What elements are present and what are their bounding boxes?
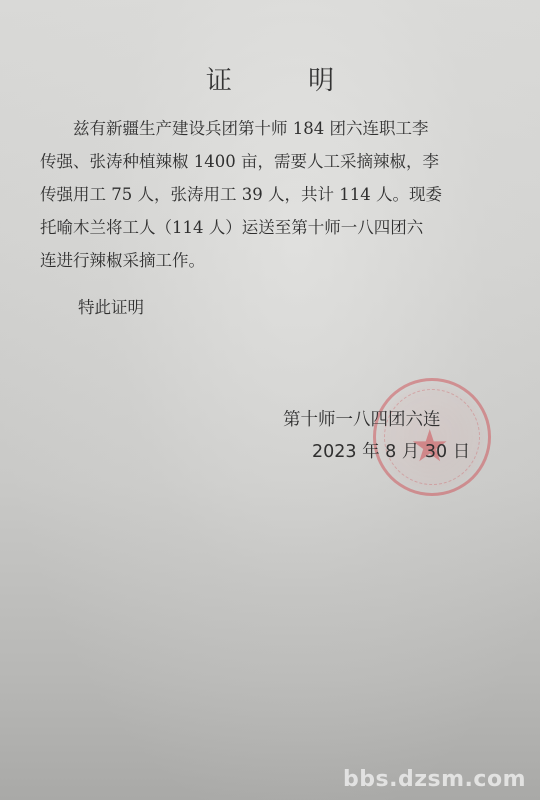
document-page: 证 明 兹有新疆生产建设兵团第十师 184 团六连职工李 传强、张涛种植辣椒 1… <box>0 0 540 800</box>
body-line: 连进行辣椒采摘工作。 <box>40 244 470 277</box>
body-line: 传强、张涛种植辣椒 1400 亩，需要人工采摘辣椒，李 <box>40 145 470 178</box>
document-title: 证 明 <box>0 60 540 97</box>
body-line: 托喻木兰将工人（114 人）运送至第十师一八四团六 <box>40 211 470 244</box>
body-line: 传强用工 75 人，张涛用工 39 人，共计 114 人。现委 <box>40 178 470 211</box>
closing-statement: 特此证明 <box>78 294 144 318</box>
body-line: 兹有新疆生产建设兵团第十师 184 团六连职工李 <box>40 112 470 145</box>
document-body: 兹有新疆生产建设兵团第十师 184 团六连职工李 传强、张涛种植辣椒 1400 … <box>40 112 470 277</box>
official-seal: ★ <box>373 378 491 496</box>
site-watermark: bbs.dzsm.com <box>343 767 526 792</box>
signature-date: 2023 年 8 月 30 日 <box>312 438 470 463</box>
signature-organization: 第十师一八四团六连 <box>283 406 441 431</box>
